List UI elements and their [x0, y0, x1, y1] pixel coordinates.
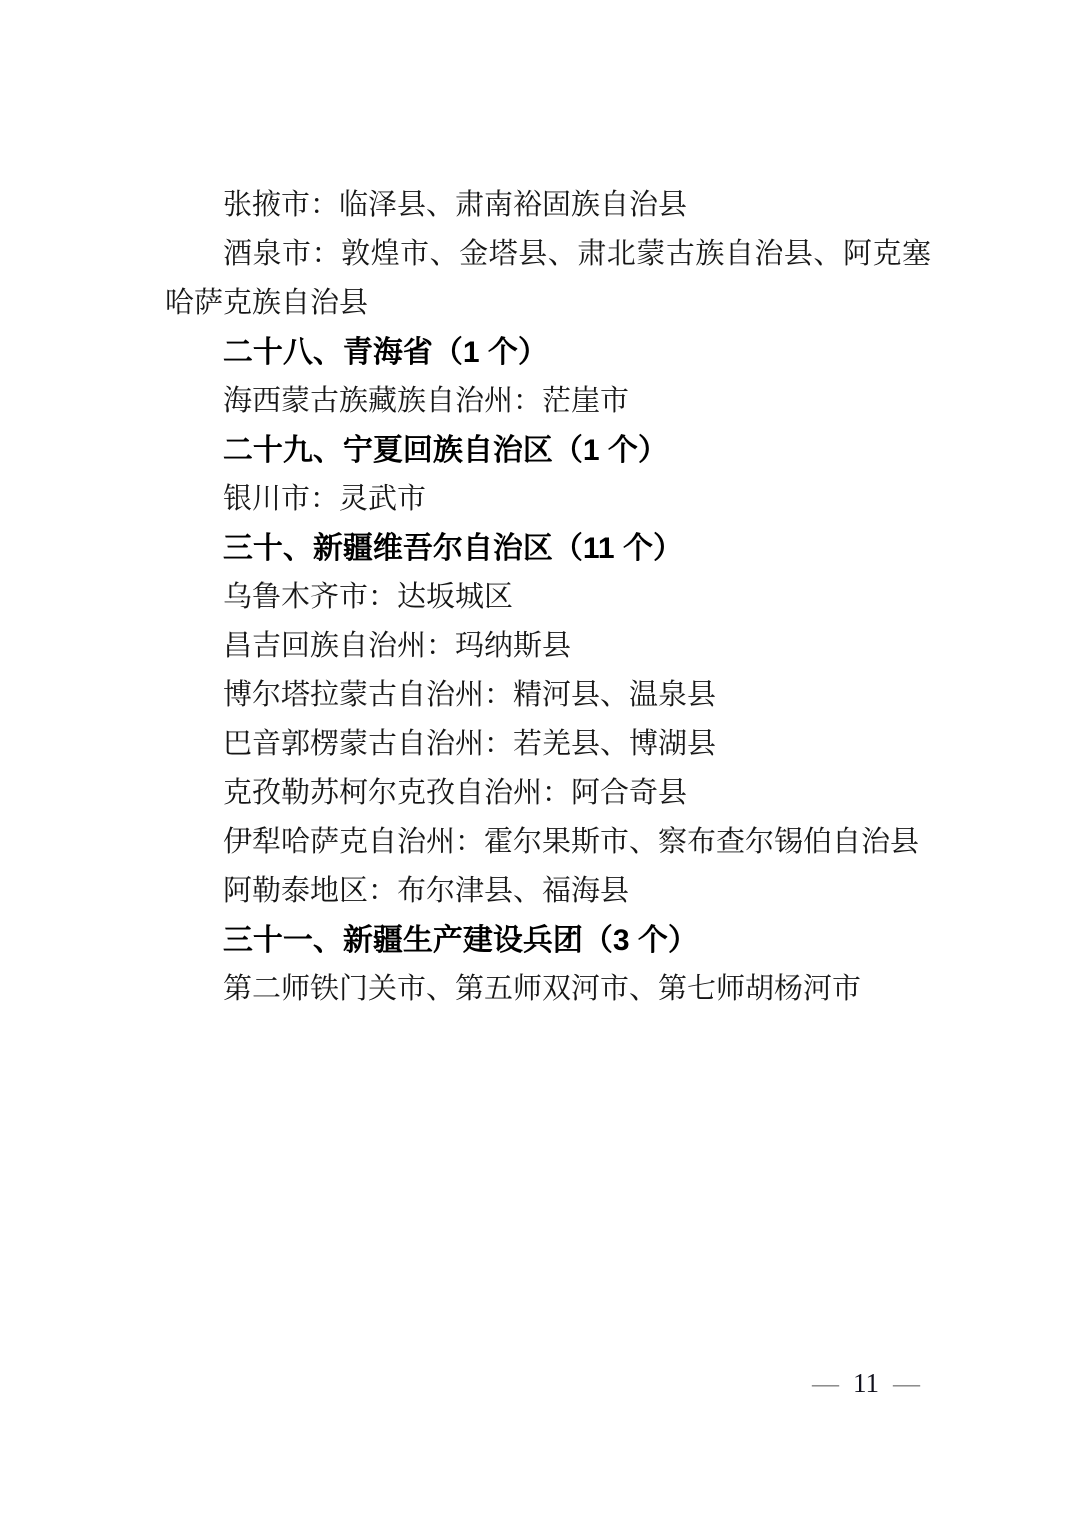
document-page: 张掖市：临泽县、肃南裕固族自治县 酒泉市：敦煌市、金塔县、肃北蒙古族自治县、阿克… — [0, 0, 1080, 1527]
text-line: 酒泉市：敦煌市、金塔县、肃北蒙古族自治县、阿克塞 — [165, 230, 931, 279]
text-line: 昌吉回族自治州：玛纳斯县 — [165, 622, 931, 671]
text-line: 哈萨克族自治县 — [165, 279, 931, 328]
text-line: 克孜勒苏柯尔克孜自治州：阿合奇县 — [165, 769, 931, 818]
text-line: 阿勒泰地区：布尔津县、福海县 — [165, 867, 931, 916]
section-heading: 二十八、青海省（1 个） — [165, 328, 931, 377]
section-heading: 三十、新疆维吾尔自治区（11 个） — [165, 524, 931, 573]
text-line: 海西蒙古族藏族自治州：茫崖市 — [165, 377, 931, 426]
section-heading: 二十九、宁夏回族自治区（1 个） — [165, 426, 931, 475]
text-line: 张掖市：临泽县、肃南裕固族自治县 — [165, 181, 931, 230]
text-line: 博尔塔拉蒙古自治州：精河县、温泉县 — [165, 671, 931, 720]
footer-dash-right: — — [893, 1368, 920, 1398]
document-content: 张掖市：临泽县、肃南裕固族自治县 酒泉市：敦煌市、金塔县、肃北蒙古族自治县、阿克… — [165, 181, 931, 1014]
text-line: 乌鲁木齐市：达坂城区 — [165, 573, 931, 622]
footer-dash-left: — — [812, 1368, 839, 1398]
page-footer: —11— — [812, 1363, 920, 1403]
text-line: 巴音郭楞蒙古自治州：若羌县、博湖县 — [165, 720, 931, 769]
page-number: 11 — [853, 1368, 879, 1398]
section-heading: 三十一、新疆生产建设兵团（3 个） — [165, 916, 931, 965]
text-line: 第二师铁门关市、第五师双河市、第七师胡杨河市 — [165, 965, 931, 1014]
text-line: 银川市：灵武市 — [165, 475, 931, 524]
text-line: 伊犁哈萨克自治州：霍尔果斯市、察布查尔锡伯自治县 — [165, 818, 931, 867]
